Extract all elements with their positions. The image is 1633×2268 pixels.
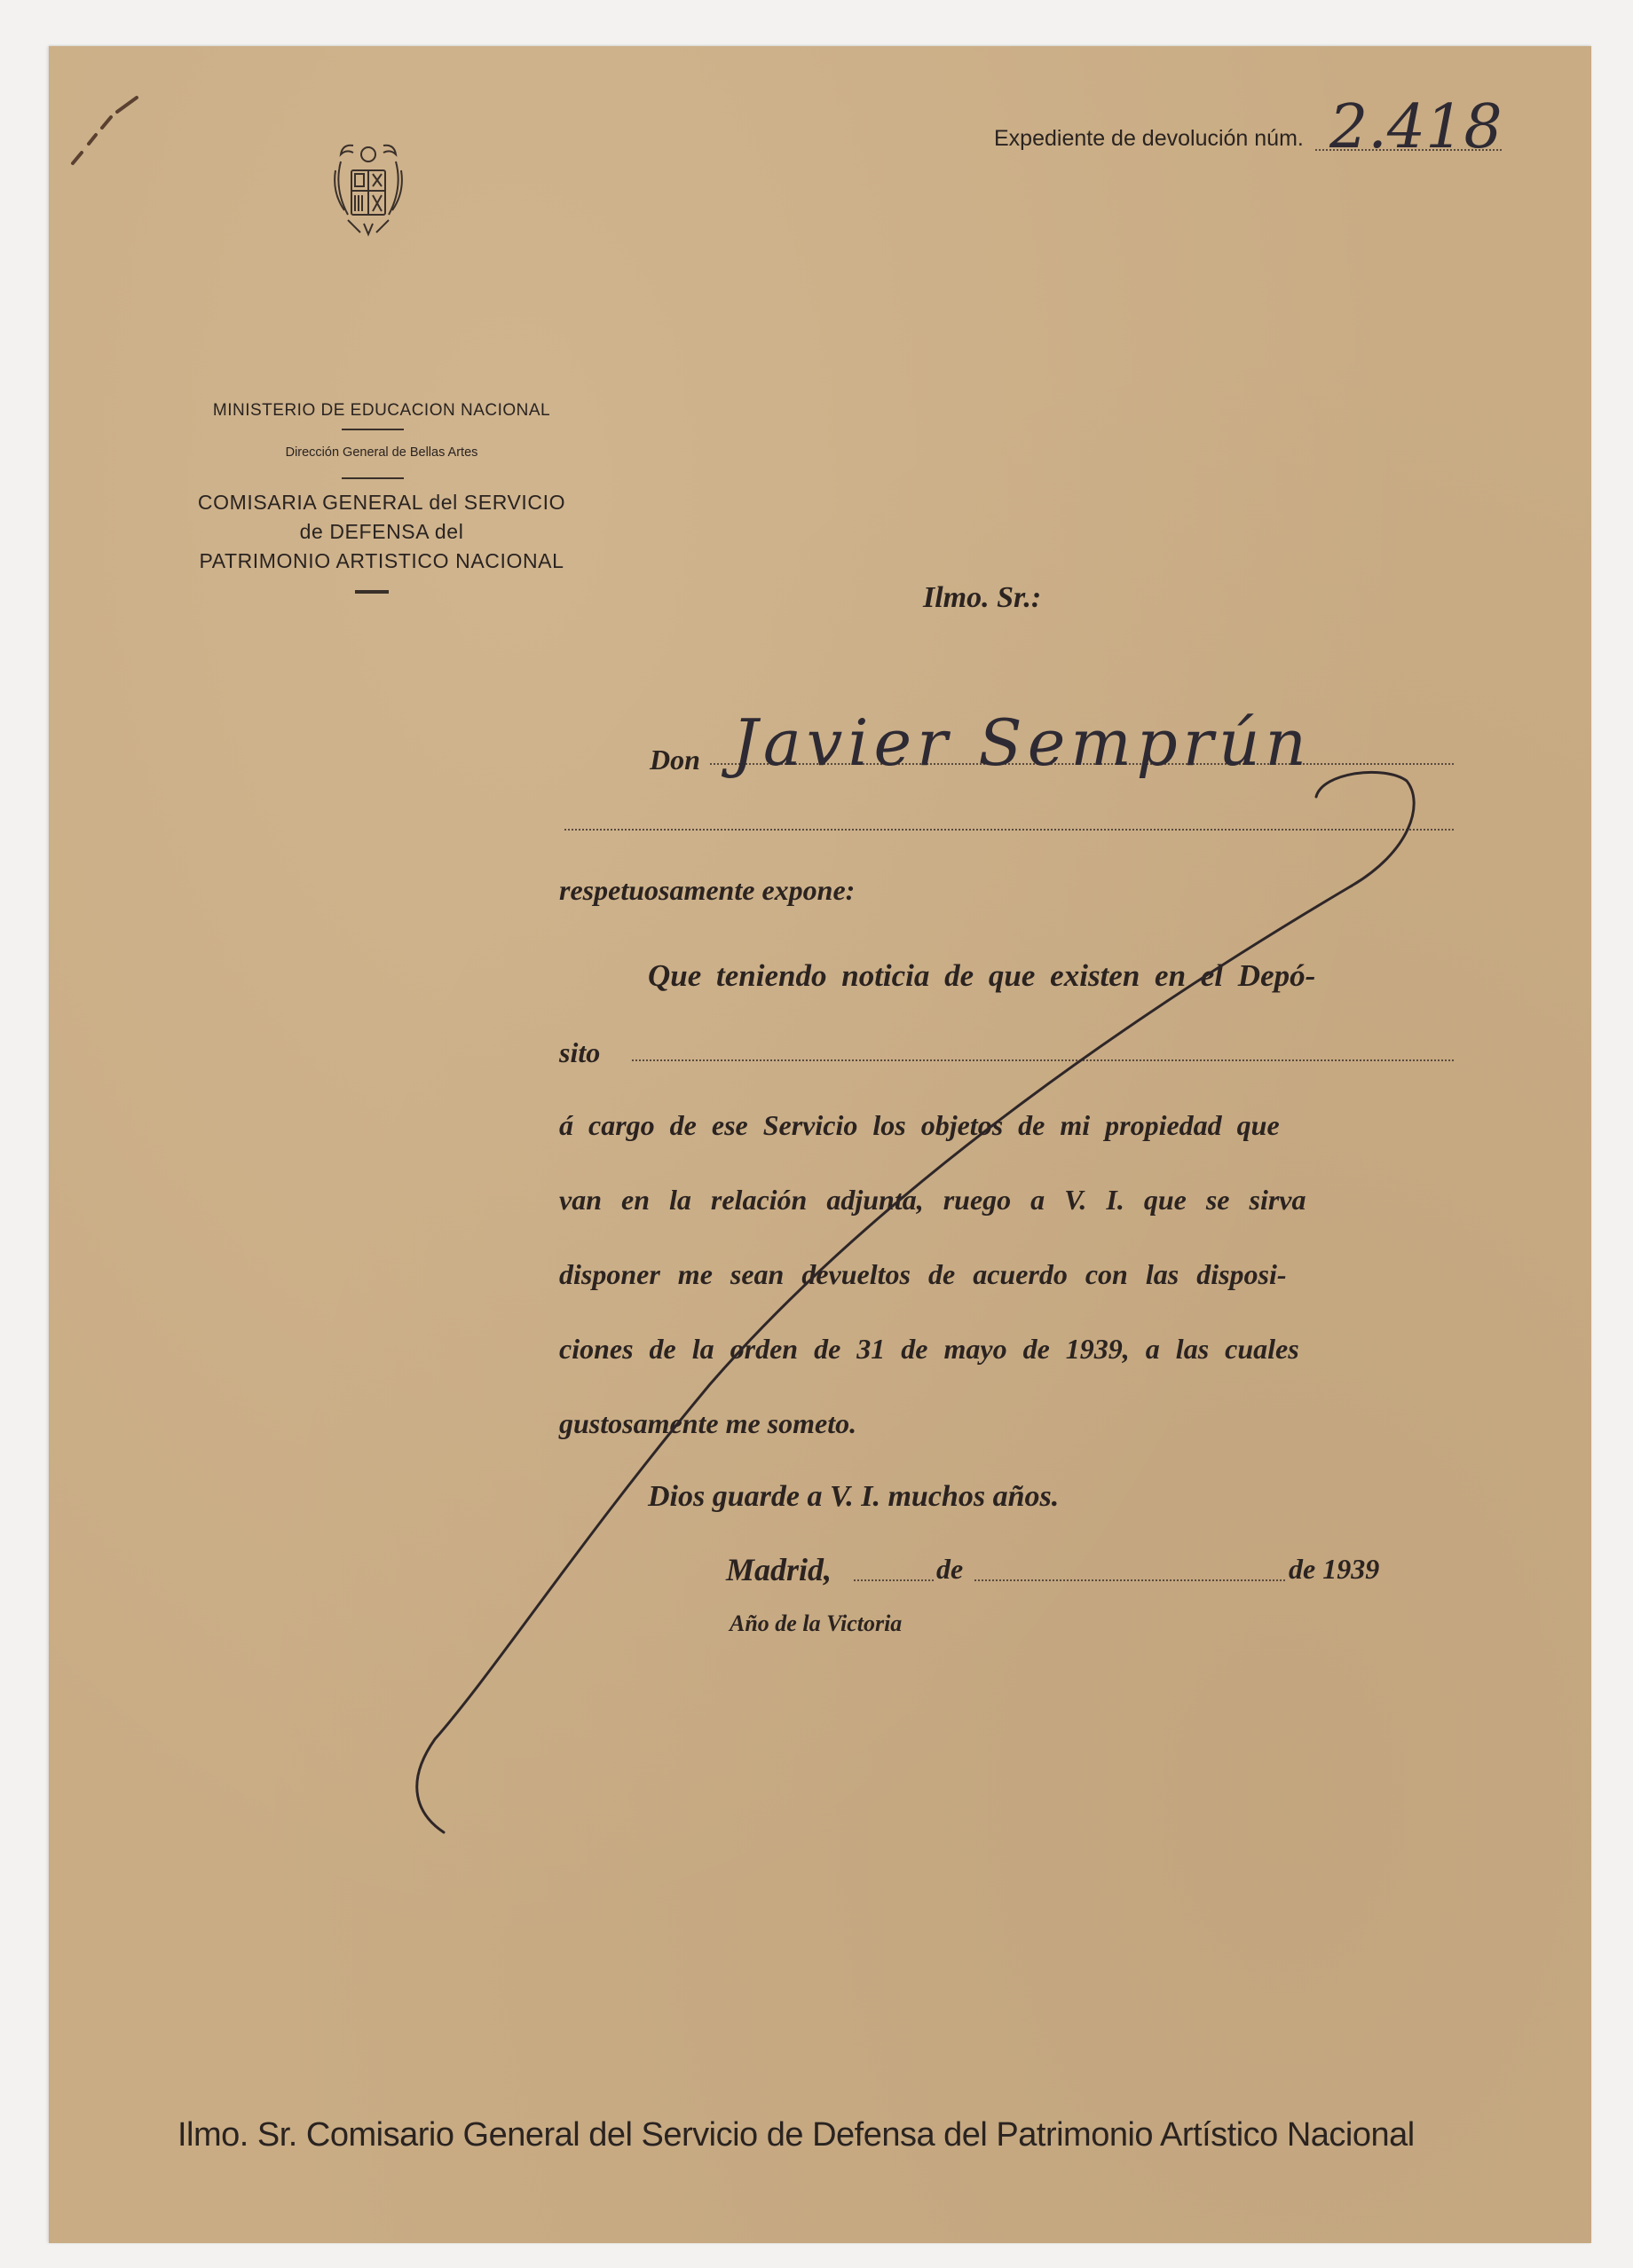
footer-addressee: Ilmo. Sr. Comisario General del Servicio… — [177, 2116, 1415, 2154]
cancellation-stroke — [0, 0, 1633, 2268]
